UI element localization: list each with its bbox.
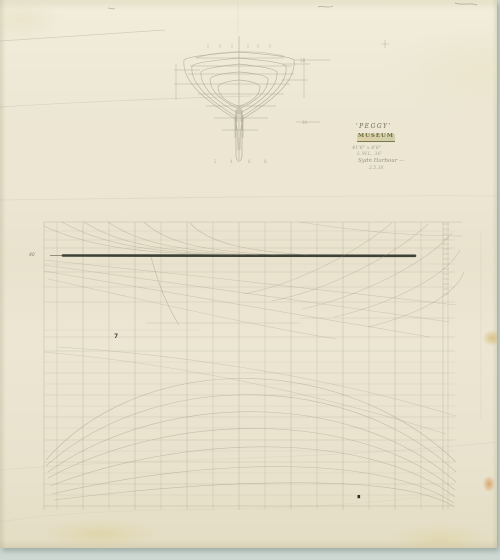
body-plan-mark: 8 bbox=[264, 159, 267, 164]
vessel-name: 'PEGGY' bbox=[356, 124, 392, 130]
bow-buttock-curves bbox=[44, 222, 308, 255]
station-mark: 7 bbox=[114, 333, 118, 340]
sheer-grid-horizontals bbox=[44, 222, 462, 337]
half-breadth-plan: 7 bbox=[44, 333, 456, 506]
archive-stamp: MUSEUM bbox=[357, 134, 395, 142]
waterline-note: L.W.L. 36' bbox=[357, 152, 382, 157]
body-plan-sections-starboard bbox=[239, 52, 294, 150]
left-scale-mark: 40 bbox=[29, 252, 35, 258]
body-plan: 24681030 bbox=[174, 36, 330, 164]
station-grid-verticals bbox=[44, 222, 448, 510]
body-plan-sections-port bbox=[184, 52, 239, 150]
date-note: 2.5.38 bbox=[369, 167, 383, 172]
body-plan-mark: 4 bbox=[230, 159, 233, 164]
scanned-lines-plan: 24681030 bbox=[0, 0, 500, 560]
body-plan-mark: 2 bbox=[214, 159, 217, 164]
paper-creases bbox=[0, 2, 500, 522]
lines-plan-drawing: 24681030 bbox=[0, 0, 500, 560]
reference-dot bbox=[358, 495, 361, 498]
signature-note: Sydn Harbour — bbox=[358, 159, 405, 165]
body-plan-mark: 10 bbox=[300, 58, 306, 63]
body-plan-mark: 6 bbox=[248, 159, 251, 164]
body-plan-mark: 30 bbox=[302, 120, 308, 125]
forefoot-curve bbox=[151, 257, 179, 325]
body-plan-grid bbox=[174, 44, 330, 130]
waterline-curves bbox=[46, 379, 456, 507]
crossing-waterlines bbox=[44, 347, 456, 434]
